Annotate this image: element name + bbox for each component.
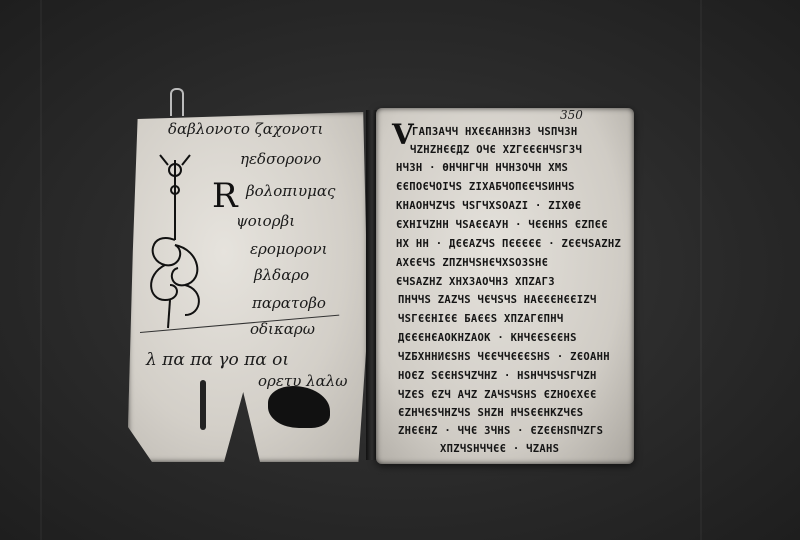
text-line: ХПZЧЅНЧЧЄЄ · ЧZАНЅ <box>440 443 559 455</box>
decorated-initial-r: R <box>212 176 238 216</box>
text-line: ZНЄЄНZ · ЧЧЄ ЗЧНЅ · ЄZЄЄНЅПЧZГЅ <box>398 425 603 437</box>
text-line: ЧZБХННИЄЅНЅ ЧЄЄЧЧЄЄЄЅНЅ · ZЄОАНН <box>398 351 610 363</box>
text-line: ЧZЄЅ ЄZЧ АЧZ ZАЧЅЧЅНЅ ЄZНОЄХЄЄ <box>398 389 597 401</box>
text-line: ЄХНІЧZНН ЧЅАЄЄАУН · ЧЄЄННЅ ЄZПЄЄ <box>396 219 608 231</box>
text-line: НОЄZ ЅЄЄНЅЧZЧНZ · НЅНЧЧЅЧЅГЧZН <box>398 370 597 382</box>
binding-string <box>170 88 184 116</box>
handwritten-line: ηεδσορονο <box>240 152 321 167</box>
folio-number: 350 <box>560 108 583 122</box>
text-line: НХ НН · ДЄЄАZЧЅ ПЄЄЄЄЄ · ZЄЄЧЅАZНZ <box>396 238 621 250</box>
text-line: ЧЅГЄЄНІЄЄ БАЄЄЅ ХПZАГЄПНЧ <box>398 313 564 325</box>
text-line: ЄZНЧЄЅЧНZЧЅ ЅНZН НЧЅЄЄНКZЧЄЅ <box>398 407 583 419</box>
text-line: ГАПЗАЧЧ НХЄЄАННЗНЗ ЧЅПЧЗН <box>412 126 578 138</box>
text-line: ПНЧЧЅ ZАZЧЅ ЧЄЧЅЧЅ НАЄЄЄНЄЄІZЧ <box>398 294 597 306</box>
text-line: НЧЗН · ӨНЧНГЧН НЧНЗОЧН ХМЅ <box>396 162 568 174</box>
floral-ornament-icon <box>140 150 210 330</box>
handwritten-line: παρατοβο <box>252 296 326 311</box>
text-line: ЧZНZНЄЄДZ ОЧЄ ХZГЄЄЄНЧЅГЗЧ <box>410 144 582 156</box>
text-line: ЄЧЅАZНZ ХНХЗАОЧНЗ ХПZАГЗ <box>396 276 555 288</box>
handwritten-line: ερομορονι <box>250 242 328 257</box>
text-line: КНАОНЧZЧЅ ЧЅГЧХЅОАZІ · ZІХӨЄ <box>396 200 581 212</box>
handwritten-line: οδικαρω <box>250 322 315 337</box>
handwritten-line: βλδαρο <box>254 268 309 283</box>
handwritten-line: ψοιορβι <box>236 214 295 229</box>
handwritten-line: λ πα πα γο πα οι <box>146 352 289 369</box>
ink-stain <box>200 380 206 430</box>
text-line: ДЄЄЄНЄАОКНZАОК · КНЧЄЄЅЄЄНЅ <box>398 332 577 344</box>
text-line: АХЄЄЧЅ ZПZНЧЅНЄЧХЅОЗЅНЄ <box>396 257 548 269</box>
handwritten-line: βολοπιυμας <box>246 184 335 199</box>
handwritten-line: δαβλονοτο ζαχονοτι <box>168 122 323 137</box>
background-stripe <box>700 0 702 540</box>
text-line: ЄЄПОЄЧОІЧЅ ZІХАБЧОПЄЄЧЅИНЧЅ <box>396 181 575 193</box>
background-stripe <box>40 0 42 540</box>
